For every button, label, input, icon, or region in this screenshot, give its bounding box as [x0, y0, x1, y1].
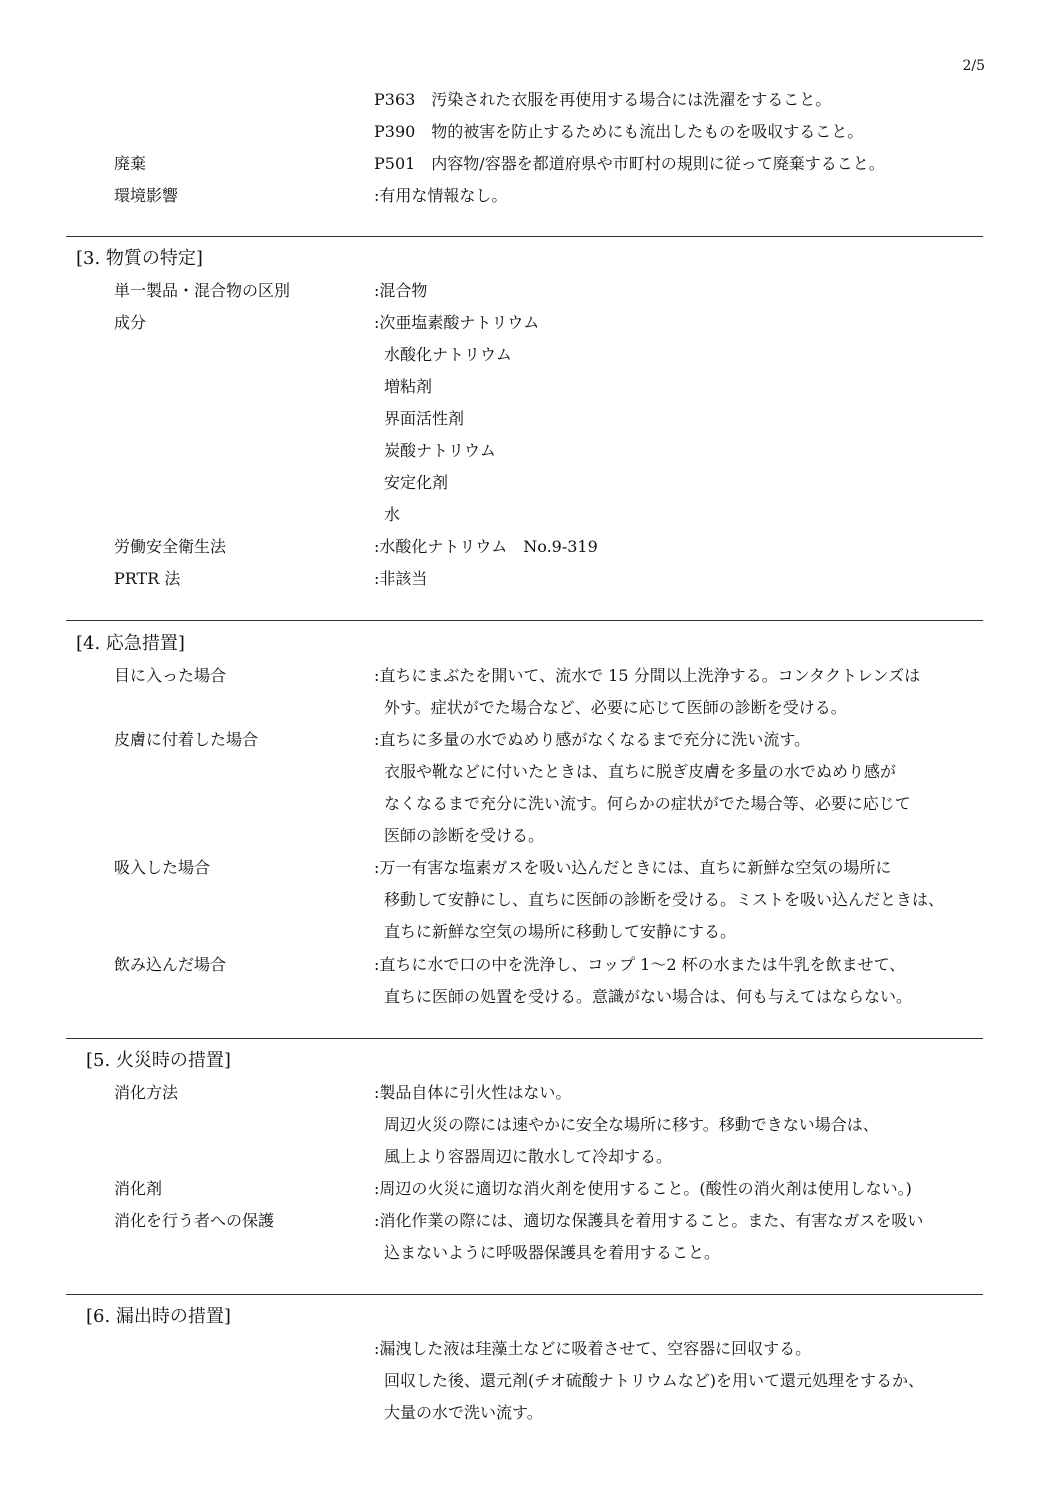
section3-value: :非該当 — [374, 569, 427, 589]
section4-label: 飲み込んだ場合 — [114, 955, 226, 975]
section4-line: :直ちに多量の水でぬめり感がなくなるまで充分に洗い流す。 — [374, 730, 810, 750]
section-divider — [66, 1038, 983, 1039]
section5-label: 消化剤 — [114, 1179, 162, 1199]
section4-line: 外す。症状がでた場合など、必要に応じて医師の診断を受ける。 — [384, 698, 847, 718]
component-item: 安定化剤 — [384, 473, 448, 493]
section3-label: PRTR 法 — [114, 569, 180, 589]
section6-line: 大量の水で洗い流す。 — [384, 1403, 543, 1423]
disposal-value: P501 内容物/容器を都道府県や市町村の規則に従って廃棄すること。 — [374, 154, 885, 174]
section4-line: 直ちに医師の処置を受ける。意識がない場合は、何も与えてはならない。 — [384, 987, 912, 1007]
page-number: 2/5 — [962, 58, 985, 74]
precaution-p363: P363 汚染された衣服を再使用する場合には洗濯をすること。 — [374, 90, 831, 110]
section4-heading: [4. 応急措置] — [76, 634, 185, 654]
component-item: 水酸化ナトリウム — [384, 345, 512, 365]
section4-line: 直ちに新鮮な空気の場所に移動して安静にする。 — [384, 922, 736, 942]
section5-line: :製品自体に引火性はない。 — [374, 1083, 571, 1103]
section-divider — [66, 1294, 983, 1295]
section-divider — [66, 236, 983, 237]
precaution-p390: P390 物的被害を防止するためにも流出したものを吸収すること。 — [374, 122, 863, 142]
component-item: 界面活性剤 — [384, 409, 464, 429]
section3-value: :水酸化ナトリウム No.9-319 — [374, 537, 598, 557]
section3-label: 成分 — [114, 313, 146, 333]
section5-line: 風上より容器周辺に散水して冷却する。 — [384, 1147, 672, 1167]
section5-line: :消化作業の際には、適切な保護具を着用すること。また、有害なガスを吸い — [374, 1211, 923, 1231]
section5-heading: [5. 火災時の措置] — [86, 1051, 231, 1071]
environment-label: 環境影響 — [114, 186, 178, 206]
section4-label: 目に入った場合 — [114, 666, 226, 686]
section4-line: 移動して安静にし、直ちに医師の診断を受ける。ミストを吸い込んだときは、 — [384, 890, 944, 910]
section4-label: 吸入した場合 — [114, 858, 210, 878]
section5-line: :周辺の火災に適切な消火剤を使用すること。(酸性の消火剤は使用しない。) — [374, 1179, 912, 1199]
section5-line: 込まないように呼吸器保護具を着用すること。 — [384, 1243, 720, 1263]
section6-heading: [6. 漏出時の措置] — [86, 1307, 231, 1327]
section6-line: 回収した後、還元剤(チオ硫酸ナトリウムなど)を用いて還元処理をするか、 — [384, 1371, 924, 1391]
component-item: 炭酸ナトリウム — [384, 441, 496, 461]
environment-value: :有用な情報なし。 — [374, 186, 507, 206]
section4-label: 皮膚に付着した場合 — [114, 730, 258, 750]
section3-label: 単一製品・混合物の区別 — [114, 281, 290, 301]
section5-line: 周辺火災の際には速やかに安全な場所に移す。移動できない場合は、 — [384, 1115, 879, 1135]
section3-label: 労働安全衛生法 — [114, 537, 226, 557]
section3-value: :混合物 — [374, 281, 427, 301]
section4-line: 衣服や靴などに付いたときは、直ちに脱ぎ皮膚を多量の水でぬめり感が — [384, 762, 896, 782]
section6-line: :漏洩した液は珪藻土などに吸着させて、空容器に回収する。 — [374, 1339, 811, 1359]
section4-line: :万一有害な塩素ガスを吸い込んだときには、直ちに新鮮な空気の場所に — [374, 858, 891, 878]
section3-value: :次亜塩素酸ナトリウム — [374, 313, 539, 333]
section4-line: 医師の診断を受ける。 — [384, 826, 544, 846]
disposal-label: 廃棄 — [114, 154, 146, 174]
section5-label: 消化を行う者への保護 — [114, 1211, 274, 1231]
component-item: 水 — [384, 505, 400, 525]
section-divider — [66, 620, 983, 621]
section4-line: :直ちに水で口の中を洗浄し、コップ 1～2 杯の水または牛乳を飲ませて、 — [374, 955, 905, 975]
section3-heading: [3. 物質の特定] — [76, 249, 203, 269]
section4-line: なくなるまで充分に洗い流す。何らかの症状がでた場合等、必要に応じて — [384, 794, 911, 814]
section4-line: :直ちにまぶたを開いて、流水で 15 分間以上洗浄する。コンタクトレンズは — [374, 666, 920, 686]
section5-label: 消化方法 — [114, 1083, 178, 1103]
component-item: 増粘剤 — [384, 377, 432, 397]
